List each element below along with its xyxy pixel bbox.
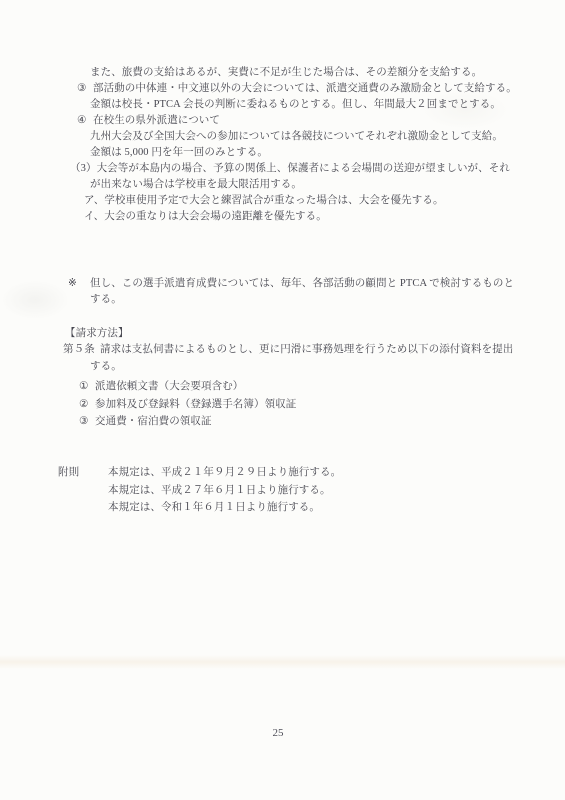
body-text: また、旅費の支給はあるが、実費に不足が生じた場合は、その差額分を支給する。 — [90, 66, 482, 80]
body-text: が出来ない場合は学校車を最大限活用する。 — [90, 178, 302, 192]
body-text: 本規定は、平成２７年６月１日より施行する。 — [108, 484, 331, 498]
numbered-item: ④ 在校生の県外派遣について — [77, 114, 220, 128]
body-text: 大会等が本島内の場合、予算の関係上、保護者による会場間の送迎が望ましいが、それ — [97, 162, 510, 176]
body-text: 参加料及び登録料（登録選手名簿）領収証 — [95, 398, 296, 412]
addendum-line: 本規定は、令和１年６月１日より施行する。 — [108, 501, 320, 515]
scan-artifact — [0, 280, 70, 320]
note-line: ※ 但し、この選手派遣育成費については、毎年、各部活動の顧問と PTCA で検討… — [68, 277, 514, 291]
section-heading: 【請求方法】 — [65, 327, 129, 341]
addendum-label: 附則 — [58, 466, 108, 480]
body-text: ア、学校車使用予定で大会と練習試合が重なった場合は、大会を優先する。 — [84, 194, 444, 208]
sub-item: イ、大会の重なりは大会会場の遠距離を優先する。 — [84, 210, 327, 224]
note-symbol: ※ — [68, 277, 90, 291]
body-text: 部活動の中体連・中文連以外の大会については、派遣交通費のみ激励金として支給する。 — [93, 82, 517, 96]
numbered-item: ① 派遣依頼文書（大会要項含む） — [79, 380, 243, 394]
item-number: ④ — [77, 114, 93, 128]
body-text: イ、大会の重なりは大会会場の遠距離を優先する。 — [84, 210, 327, 224]
body-text: 本規定は、令和１年６月１日より施行する。 — [108, 501, 320, 515]
scanned-document-page: また、旅費の支給はあるが、実費に不足が生じた場合は、その差額分を支給する。 ③ … — [0, 0, 565, 800]
body-text: 請求は支払伺書によるものとし、更に円滑に事務処理を行うため以下の添付資料を提出 — [100, 343, 513, 357]
addendum-line: 本規定は、平成２７年６月１日より施行する。 — [108, 484, 331, 498]
body-text: 在校生の県外派遣について — [93, 114, 220, 128]
item-number: ② — [79, 398, 95, 412]
item-number: （3） — [70, 162, 97, 176]
item-number: ① — [79, 380, 95, 394]
body-text: 交通費・宿泊費の領収証 — [95, 415, 212, 429]
numbered-item: ③ 交通費・宿泊費の領収証 — [79, 415, 212, 429]
scan-artifact — [0, 655, 565, 669]
numbered-item: ③ 部活動の中体連・中文連以外の大会については、派遣交通費のみ激励金として支給す… — [77, 82, 517, 96]
body-text: 本規定は、平成２１年９月２９日より施行する。 — [108, 466, 341, 480]
body-text: する。 — [90, 293, 122, 307]
body-text: 金額は校長・PTCA 会長の判断に委ねるものとする。但し、年間最大２回までとする… — [90, 98, 501, 112]
body-line: 金額は 5,000 円を年一回のみとする。 — [90, 146, 268, 160]
body-line: する。 — [90, 360, 122, 374]
article-number: 第５条 — [63, 343, 100, 357]
heading-text: 【請求方法】 — [65, 327, 129, 341]
item-number: ③ — [77, 82, 93, 96]
body-text: 但し、この選手派遣育成費については、毎年、各部活動の顧問と PTCA で検討する… — [90, 277, 514, 291]
article-line: 第５条 請求は支払伺書によるものとし、更に円滑に事務処理を行うため以下の添付資料… — [63, 343, 513, 357]
item-number: ③ — [79, 415, 95, 429]
body-line: 九州大会及び全国大会への参加については各競技についてそれぞれ激励金として支給。 — [90, 130, 503, 144]
page-number: 25 — [258, 727, 298, 739]
body-text: する。 — [90, 360, 122, 374]
body-text: 派遣依頼文書（大会要項含む） — [95, 380, 243, 394]
numbered-item: ② 参加料及び登録料（登録選手名簿）領収証 — [79, 398, 296, 412]
sub-item: ア、学校車使用予定で大会と練習試合が重なった場合は、大会を優先する。 — [84, 194, 444, 208]
body-text: 金額は 5,000 円を年一回のみとする。 — [90, 146, 268, 160]
body-line: が出来ない場合は学校車を最大限活用する。 — [90, 178, 302, 192]
addendum-line: 附則 本規定は、平成２１年９月２９日より施行する。 — [58, 466, 341, 480]
body-line: する。 — [90, 293, 122, 307]
body-line: また、旅費の支給はあるが、実費に不足が生じた場合は、その差額分を支給する。 — [90, 66, 482, 80]
numbered-item: （3） 大会等が本島内の場合、予算の関係上、保護者による会場間の送迎が望ましいが… — [70, 162, 510, 176]
body-line: 金額は校長・PTCA 会長の判断に委ねるものとする。但し、年間最大２回までとする… — [90, 98, 501, 112]
body-text: 九州大会及び全国大会への参加については各競技についてそれぞれ激励金として支給。 — [90, 130, 503, 144]
